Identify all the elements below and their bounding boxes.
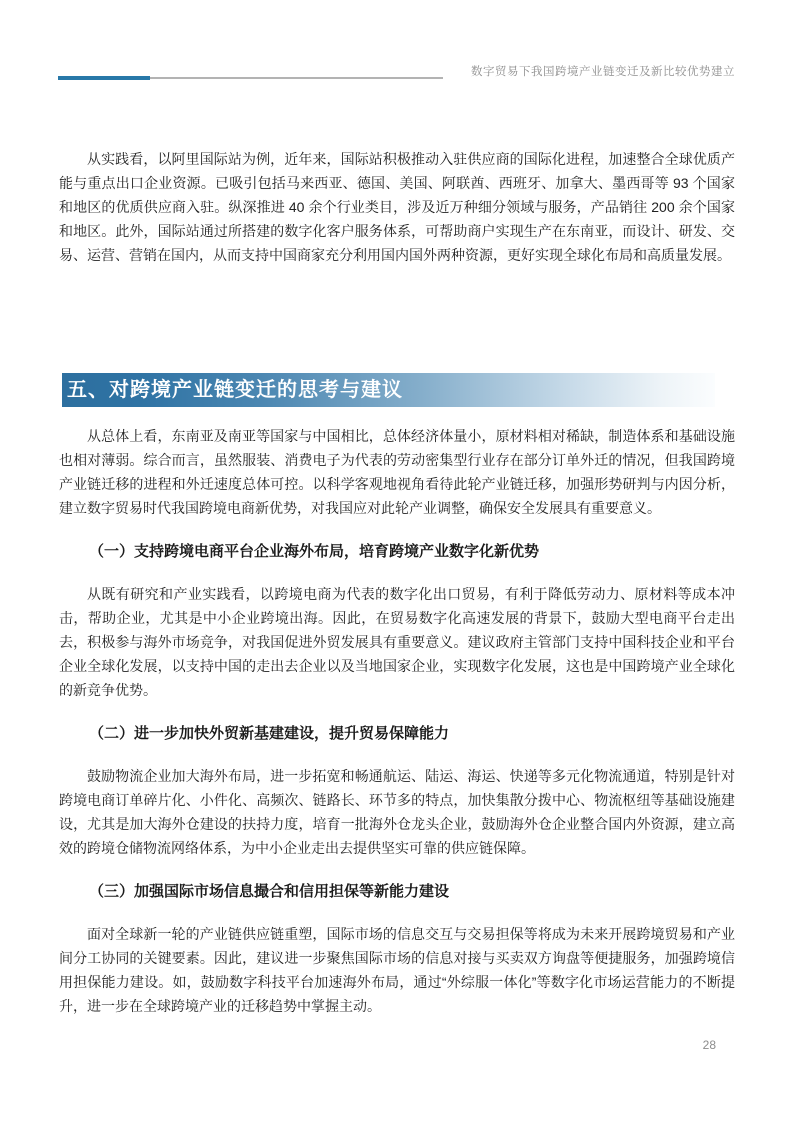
subsection-3-paragraph: 面对全球新一轮的产业链供应链重塑，国际市场的信息交互与交易担保等将成为未来开展跨… [59, 922, 735, 1018]
header-accent-rule [58, 76, 150, 80]
subsection-2-paragraph: 鼓励物流企业加大海外布局，进一步拓宽和畅通航运、陆运、海运、快递等多元化物流通道… [59, 764, 735, 860]
document-body: 从实践看，以阿里国际站为例，近年来，国际站积极推动入驻供应商的国际化进程，加速整… [59, 147, 735, 1018]
subsection-2-heading: （二）进一步加快外贸新基建建设，提升贸易保障能力 [59, 722, 735, 746]
page-number: 28 [703, 1038, 716, 1052]
running-head-title: 数字贸易下我国跨境产业链变迁及新比较优势建立 [471, 63, 735, 79]
header-rule [150, 77, 443, 79]
subsection-1-paragraph: 从既有研究和产业实践看，以跨境电商为代表的数字化出口贸易，有利于降低劳动力、原材… [59, 582, 735, 702]
subsection-1-heading: （一）支持跨境电商平台企业海外布局，培育跨境产业数字化新优势 [59, 540, 735, 564]
document-page: 数字贸易下我国跨境产业链变迁及新比较优势建立 从实践看，以阿里国际站为例，近年来… [0, 0, 793, 1122]
paragraph-overview: 从总体上看，东南亚及南亚等国家与中国相比，总体经济体量小，原材料相对稀缺，制造体… [59, 424, 735, 520]
paragraph-intro: 从实践看，以阿里国际站为例，近年来，国际站积极推动入驻供应商的国际化进程，加速整… [59, 147, 735, 267]
subsection-3-heading: （三）加强国际市场信息撮合和信用担保等新能力建设 [59, 880, 735, 904]
section-heading-bar: 五、对跨境产业链变迁的思考与建议 [62, 373, 715, 407]
